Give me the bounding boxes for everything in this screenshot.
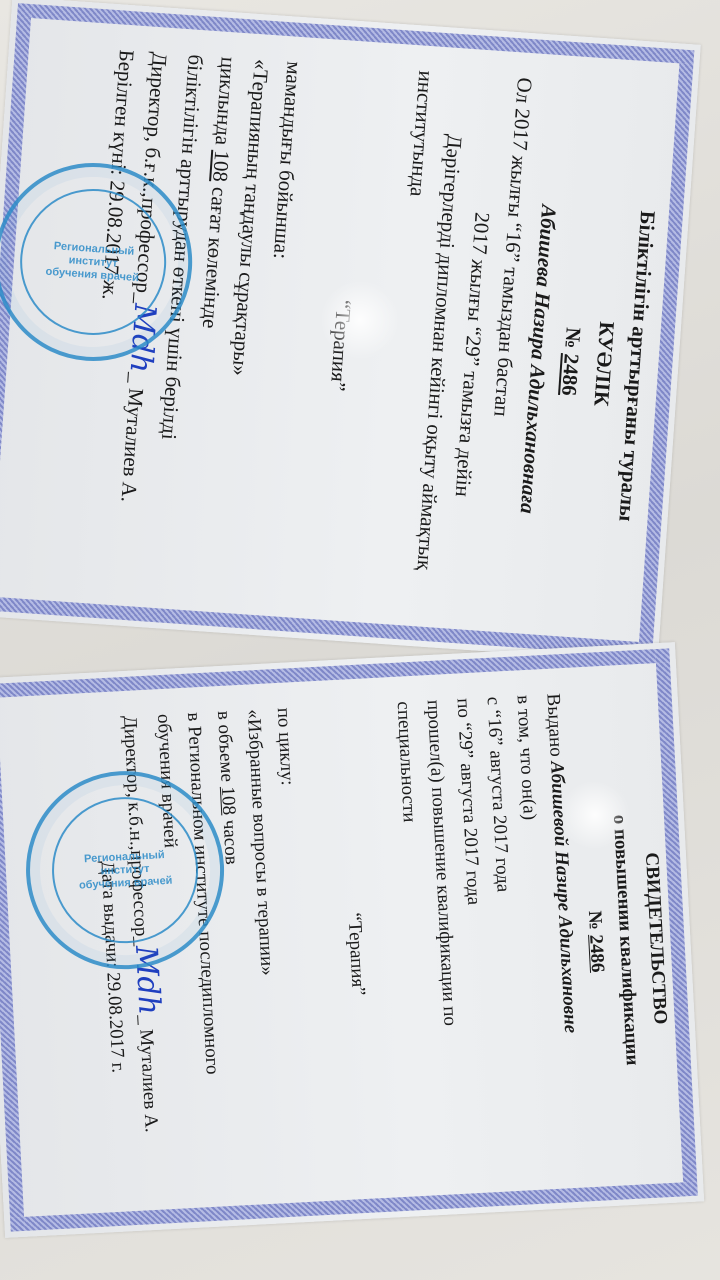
russian-certificate-page: СВИДЕТЕЛЬСТВО о повышении квалификации №… [0,642,704,1238]
light-glare [560,780,630,850]
light-glare [320,280,400,360]
